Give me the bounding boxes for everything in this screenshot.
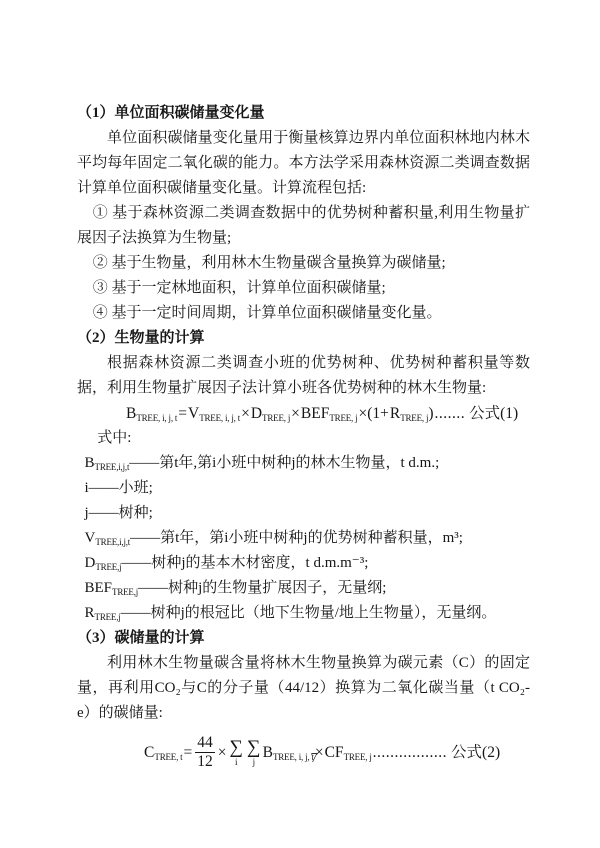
document-page: （1）单位面积碳储量变化量 单位面积碳储量变化量用于衡量核算边界内单位面积林地内… [0,0,600,848]
definition-row-d: DTREE,j——树种j的基本木材密度，t d.m.m⁻³; [77,551,530,576]
list-item-2: ② 基于生物量，利用林木生物量碳含量换算为碳储量; [77,251,530,276]
definition-row-i: i——小班; [77,476,530,501]
formula-label: 公式(1) [469,401,518,426]
formula-dots: ....... [434,401,465,426]
section-2-heading: （2）生物量的计算 [77,326,530,351]
equals-sign: = [177,401,188,426]
list-item-3: ③ 基于一定林地面积，计算单位面积碳储量; [77,276,530,301]
section-1-paragraph: 单位面积碳储量变化量用于衡量核算边界内单位面积林地内林木平均每年固定二氧化碳的能… [77,126,530,201]
formula-term-d: DTREE, j [251,401,290,426]
formula-1: BTREE, i, j, t = VTREE, i, j, t × DTREE,… [77,401,530,426]
multiply-sign: × [290,401,301,426]
list-item-1: ① 基于森林资源二类调查数据中的优势树种蓄积量,利用生物量扩展因子法换算为生物量… [77,201,530,251]
formula-term-bef: BEFTREE, j [301,401,358,426]
page-content: （1）单位面积碳储量变化量 单位面积碳储量变化量用于衡量核算边界内单位面积林地内… [77,101,530,777]
where-label: 式中: [77,426,530,451]
definition-row-bef: BEFTREE,j——树种j的生物量扩展因子，无量纲; [77,576,530,601]
multiply-sign: × [240,401,251,426]
formula-term-b: BTREE, i, j, t [126,401,177,426]
definition-row-v: VTREE,i,j,t——第t年，第i小班中树种j的优势树种蓄积量，m³; [77,526,530,551]
section-1-heading: （1）单位面积碳储量变化量 [77,101,530,126]
definition-row-r: RTREE,j——树种j的根冠比（地下生物量/地上生物量），无量纲。 [77,601,530,626]
section-3-heading: （3）碳储量的计算 [77,626,530,651]
close-paren: ) [428,401,433,426]
page-number: 7 [0,751,600,767]
formula-term-v: VTREE, i, j, t [188,401,240,426]
section-3-paragraph: 利用林木生物量碳含量将林木生物量换算为碳元素（C）的固定量，再利用CO₂与C的分… [77,651,530,726]
definition-row-j: j——树种; [77,501,530,526]
section-2-paragraph: 根据森林资源二类调查小班的优势树种、优势树种蓄积量等数据，利用生物量扩展因子法计… [77,351,530,401]
definition-row-b: BTREE,i,j,t——第t年,第i小班中树种j的林木生物量，t d.m.; [77,451,530,476]
multiply-open-paren: ×(1+ [357,401,389,426]
list-item-4: ④ 基于一定时间周期，计算单位面积碳储量变化量。 [77,301,530,326]
formula-term-r: RTREE, j [390,401,428,426]
